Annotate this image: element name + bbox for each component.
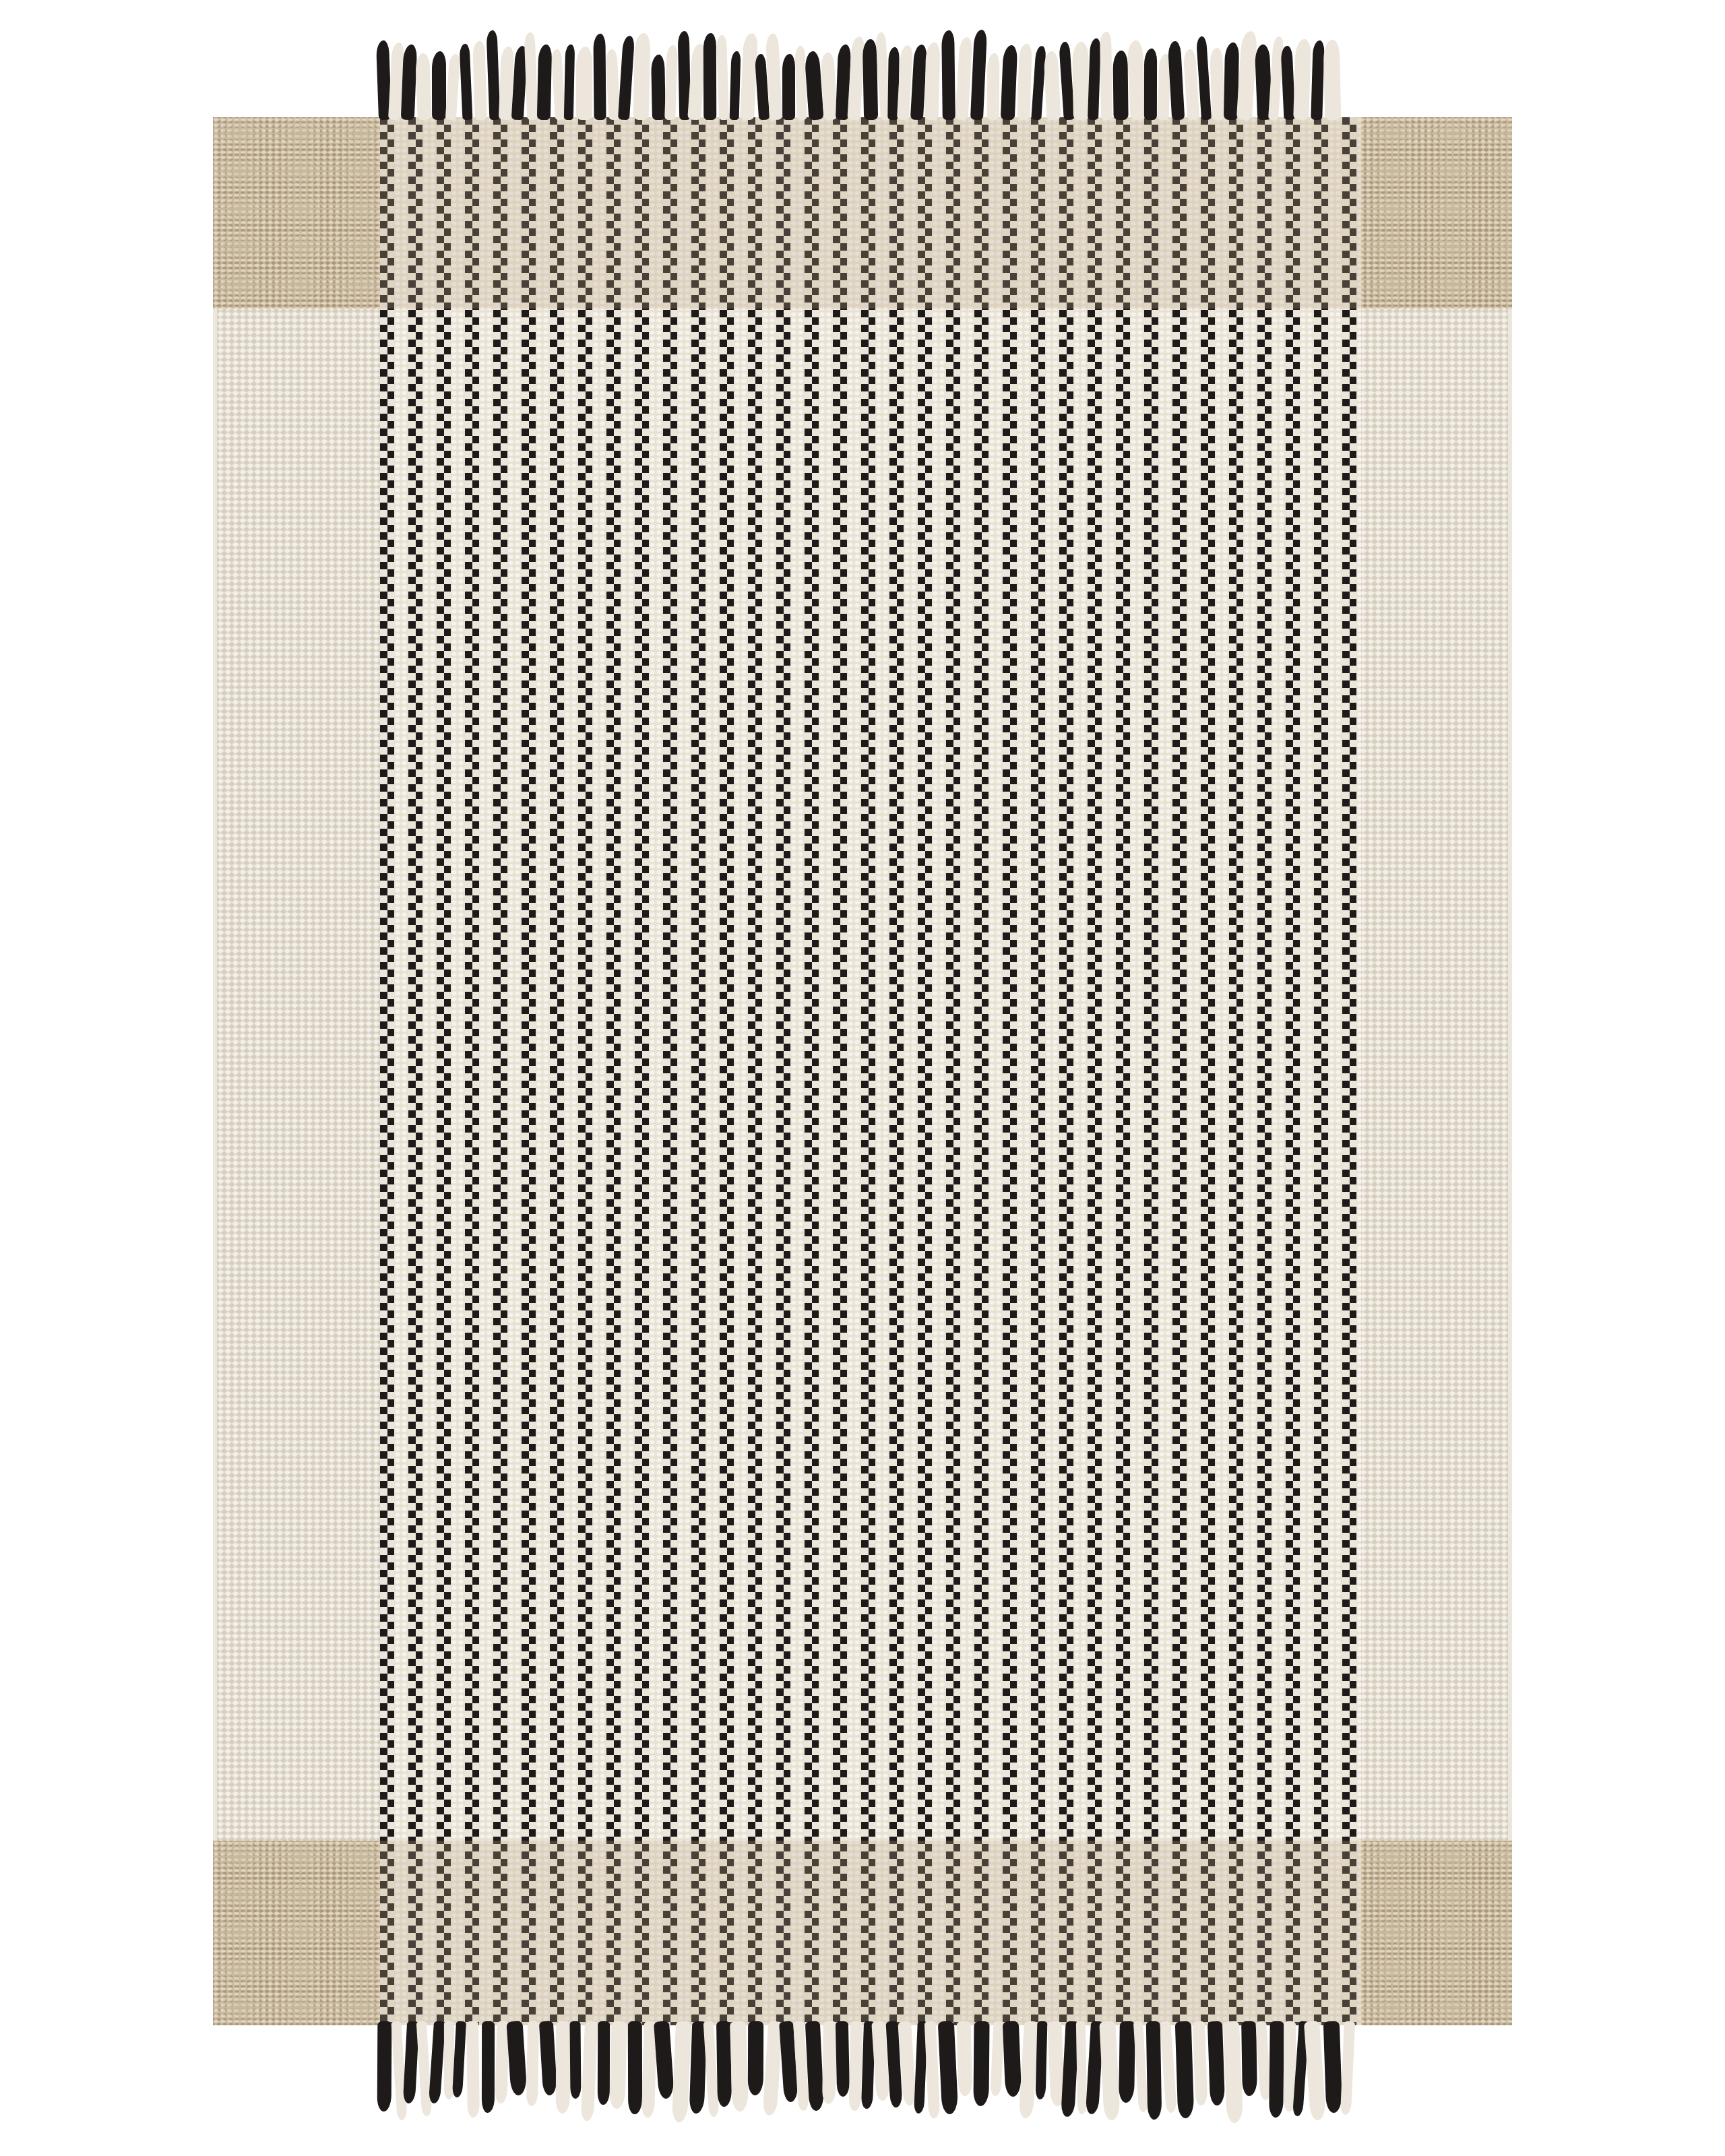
- fringe-tassel-light: [445, 54, 460, 121]
- cream-stripe: [1300, 117, 1314, 2025]
- stripe-columns: [380, 117, 1361, 2025]
- fringe-tassel-light: [955, 37, 972, 121]
- fringe-tassel-dark: [1269, 2021, 1284, 2118]
- rug-fringe-top: [377, 30, 1380, 120]
- cream-stripe: [1215, 117, 1229, 2025]
- stripe-pair: [918, 117, 946, 2025]
- stripe-pair: [1342, 117, 1361, 2025]
- checkered-stripe: [606, 117, 621, 2025]
- fringe-tassel-dark: [1175, 2021, 1195, 2119]
- fringe-tassel-light: [526, 2021, 539, 2106]
- checkered-stripe: [465, 117, 479, 2025]
- fringe-tassel-light: [581, 2021, 598, 2122]
- fringe-tassel-light: [672, 2021, 691, 2123]
- cream-stripe: [564, 117, 578, 2025]
- checkered-stripe: [691, 117, 705, 2025]
- checkered-stripe: [1031, 117, 1045, 2025]
- checkered-stripe: [408, 117, 422, 2025]
- cream-stripe: [1017, 117, 1031, 2025]
- fringe-tassel-dark: [564, 44, 575, 120]
- cream-stripe: [1328, 117, 1342, 2025]
- cream-stripe: [1243, 117, 1257, 2025]
- stripe-pair: [748, 117, 776, 2025]
- fringe-tassel-dark: [1088, 38, 1101, 120]
- fringe-tassel-dark: [569, 2021, 581, 2099]
- stripe-pair: [550, 117, 578, 2025]
- fringe-tassel-light: [1223, 2021, 1243, 2124]
- checkered-stripe: [946, 117, 960, 2025]
- fringe-tassel-light: [1127, 40, 1146, 121]
- stripe-pair: [437, 117, 465, 2025]
- fringe-tassel-dark: [970, 30, 987, 121]
- fringe-tassel-dark: [973, 2021, 989, 2106]
- fringe-tassel-light: [1193, 2021, 1208, 2106]
- fringe-tassel-dark: [1323, 2021, 1342, 2114]
- cream-stripe: [932, 117, 946, 2025]
- checkered-stripe: [380, 117, 394, 2025]
- checkered-stripe: [833, 117, 847, 2025]
- fringe-tassel-dark: [1031, 46, 1046, 121]
- fringe-tassel-light: [924, 42, 941, 120]
- fringe-tassel-light: [416, 2021, 433, 2117]
- fringe-tassel-dark: [506, 2021, 527, 2095]
- fringe-tassel-light: [609, 2021, 627, 2110]
- fringe-tassel-dark: [804, 51, 823, 120]
- fringe-tassel-light: [990, 2021, 1004, 2097]
- cream-stripe: [875, 117, 889, 2025]
- fringe-tassel-dark: [539, 2021, 557, 2095]
- fringe-tassel-light: [740, 33, 758, 121]
- cream-stripe: [592, 117, 606, 2025]
- cream-stripe: [904, 117, 918, 2025]
- fringe-tassel-light: [1304, 2021, 1326, 2120]
- checkered-stripe: [1229, 117, 1243, 2025]
- fringe-tassel-light: [1100, 32, 1112, 120]
- fringe-tassel-dark: [377, 2021, 392, 2112]
- fringe-tassel-dark: [628, 2021, 642, 2114]
- stripe-pair: [663, 117, 691, 2025]
- fringe-tassel-light: [1072, 42, 1090, 120]
- checkered-stripe: [1059, 117, 1073, 2025]
- stripe-pair: [946, 117, 974, 2025]
- fringe-tassel-dark: [537, 44, 552, 120]
- stripe-pair: [635, 117, 663, 2025]
- stripe-pair: [1144, 117, 1172, 2025]
- rug-striped-center-panel: [380, 117, 1361, 2025]
- checkered-stripe: [1314, 117, 1328, 2025]
- fringe-tassel-dark: [1207, 2021, 1225, 2106]
- fringe-tassel-dark: [1144, 49, 1157, 120]
- fringe-tassel-dark: [593, 34, 606, 120]
- cream-stripe: [762, 117, 776, 2025]
- cream-stripe: [621, 117, 635, 2025]
- fringe-tassel-light: [556, 2021, 570, 2114]
- center-top-tint: [380, 117, 1361, 309]
- fringe-tassel-light: [1340, 2021, 1355, 2116]
- rug: [213, 117, 1512, 2025]
- cream-stripe: [960, 117, 974, 2025]
- fringe-tassel-light: [730, 2021, 749, 2112]
- fringe-tassel-light: [1210, 48, 1225, 121]
- cream-stripe: [705, 117, 720, 2025]
- fringe-tassel-light: [1017, 44, 1032, 121]
- cream-stripe: [1158, 117, 1172, 2025]
- cream-stripe: [1073, 117, 1088, 2025]
- checkered-stripe: [748, 117, 762, 2025]
- checkered-stripe: [1144, 117, 1158, 2025]
- stripe-pair: [720, 117, 748, 2025]
- fringe-tassel-light: [633, 33, 650, 120]
- checkered-stripe: [550, 117, 564, 2025]
- checkered-stripe: [1172, 117, 1187, 2025]
- stripe-pair: [1031, 117, 1059, 2025]
- stripe-pair: [1003, 117, 1031, 2025]
- fringe-tassel-dark: [716, 2021, 732, 2107]
- fringe-tassel-light: [1293, 39, 1311, 121]
- stripe-pair: [805, 117, 833, 2025]
- fringe-tassel-dark: [836, 2021, 850, 2097]
- cream-stripe: [819, 117, 833, 2025]
- checkered-stripe: [578, 117, 592, 2025]
- fringe-tassel-light: [847, 36, 865, 121]
- fringe-tassel-light: [822, 2021, 837, 2104]
- checkered-stripe: [1286, 117, 1300, 2025]
- fringe-tassel-dark: [432, 51, 446, 120]
- fringe-tassel-dark: [1001, 45, 1017, 121]
- cream-stripe: [536, 117, 550, 2025]
- cream-stripe: [1356, 117, 1361, 2025]
- fringe-tassel-light: [1236, 30, 1257, 120]
- cream-stripe: [1187, 117, 1201, 2025]
- checkered-stripe: [1257, 117, 1272, 2025]
- fringe-tassel-light: [1323, 40, 1342, 121]
- checkered-stripe: [635, 117, 649, 2025]
- cream-stripe: [790, 117, 805, 2025]
- fringe-tassel-dark: [618, 36, 635, 121]
- stripe-pair: [465, 117, 493, 2025]
- fringe-tassel-dark: [482, 2021, 495, 2113]
- fringe-tassel-dark: [460, 44, 473, 121]
- fringe-tassel-dark: [748, 2021, 763, 2095]
- fringe-tassel-light: [415, 53, 432, 121]
- fringe-tassel-light: [849, 2021, 863, 2111]
- fringe-tassel-light: [551, 49, 565, 121]
- fringe-tassel-light: [1076, 2021, 1087, 2114]
- fringe-tassel-dark: [654, 2021, 675, 2099]
- checkered-stripe: [974, 117, 989, 2025]
- fringe-tassel-dark: [401, 44, 417, 121]
- fringe-tassel-dark: [1168, 41, 1185, 121]
- stripe-pair: [776, 117, 805, 2025]
- stripe-pair: [889, 117, 918, 2025]
- stripe-pair: [861, 117, 889, 2025]
- checkered-stripe: [805, 117, 819, 2025]
- stripe-pair: [974, 117, 1003, 2025]
- cream-stripe: [989, 117, 1003, 2025]
- fringe-tassel-light: [957, 2021, 973, 2097]
- cream-stripe: [394, 117, 408, 2025]
- fringe-tassel-dark: [452, 2021, 466, 2098]
- fringe-tassel-light: [794, 46, 807, 120]
- fringe-tassel-light: [820, 53, 837, 121]
- fringe-tassel-light: [1044, 51, 1061, 121]
- checkered-stripe: [720, 117, 734, 2025]
- stripe-pair: [1314, 117, 1342, 2025]
- fringe-tassel-light: [924, 2021, 941, 2119]
- cream-stripe: [507, 117, 522, 2025]
- checkered-stripe: [1116, 117, 1130, 2025]
- checkered-stripe: [1088, 117, 1102, 2025]
- cream-stripe: [1130, 117, 1144, 2025]
- fringe-tassel-dark: [429, 2021, 445, 2104]
- fringe-tassel-dark: [938, 2021, 958, 2115]
- fringe-tassel-light: [1268, 36, 1284, 121]
- checkered-stripe: [437, 117, 451, 2025]
- checkered-stripe: [493, 117, 507, 2025]
- checkered-stripe: [889, 117, 904, 2025]
- fringe-tassel-dark: [782, 54, 795, 120]
- stripe-pair: [1229, 117, 1257, 2025]
- fringe-tassel-light: [576, 46, 592, 120]
- stripe-pair: [1116, 117, 1144, 2025]
- stripe-pair: [691, 117, 720, 2025]
- cream-stripe: [649, 117, 663, 2025]
- fringe-tassel-light: [524, 32, 538, 120]
- stripe-pair: [1088, 117, 1116, 2025]
- fringe-tassel-light: [664, 45, 678, 120]
- checkered-stripe: [1201, 117, 1215, 2025]
- stripe-pair: [606, 117, 635, 2025]
- stripe-pair: [1172, 117, 1201, 2025]
- cream-stripe: [677, 117, 691, 2025]
- checkered-stripe: [522, 117, 536, 2025]
- stripe-pair: [1286, 117, 1314, 2025]
- cream-stripe: [734, 117, 748, 2025]
- fringe-tassel-dark: [1241, 2021, 1257, 2096]
- stripe-pair: [1201, 117, 1229, 2025]
- checkered-stripe: [776, 117, 790, 2025]
- fringe-tassel-light: [1160, 2021, 1177, 2114]
- stripe-pair: [833, 117, 861, 2025]
- stripe-pair: [522, 117, 550, 2025]
- cream-stripe: [1272, 117, 1286, 2025]
- stripe-pair: [380, 117, 408, 2025]
- fringe-tassel-dark: [1119, 2021, 1135, 2103]
- fringe-tassel-dark: [941, 30, 955, 120]
- stripe-pair: [493, 117, 522, 2025]
- stripe-pair: [1059, 117, 1088, 2025]
- fringe-tassel-dark: [1311, 40, 1324, 120]
- fringe-tassel-dark: [1146, 2021, 1162, 2120]
- fringe-tassel-light: [466, 2021, 480, 2118]
- rug-side-panel-left: [213, 117, 380, 2025]
- fringe-tassel-light: [716, 35, 729, 120]
- fringe-tassel-light: [472, 41, 487, 121]
- checkered-stripe: [918, 117, 932, 2025]
- fringe-tassel-dark: [1003, 2021, 1022, 2097]
- checkered-stripe: [1003, 117, 1017, 2025]
- fringe-tassel-dark: [598, 2021, 610, 2105]
- cream-stripe: [1045, 117, 1059, 2025]
- rug-side-panel-right: [1360, 117, 1512, 2025]
- stripe-pair: [408, 117, 437, 2025]
- fringe-tassel-dark: [1036, 2021, 1048, 2099]
- fringe-tassel-dark: [730, 51, 741, 120]
- checkered-stripe: [663, 117, 677, 2025]
- rug-fringe-bottom: [377, 2021, 1364, 2124]
- fringe-tassel-dark: [1112, 51, 1128, 120]
- product-photo: [0, 0, 1725, 2156]
- fringe-tassel-dark: [487, 30, 501, 120]
- stripe-pair: [1257, 117, 1286, 2025]
- fringe-tassel-dark: [862, 39, 878, 120]
- cream-stripe: [847, 117, 861, 2025]
- fringe-tassel-dark: [651, 55, 666, 120]
- center-bottom-tint: [380, 1841, 1361, 2025]
- fringe-tassel-dark: [703, 33, 716, 120]
- fringe-tassel-light: [1099, 2021, 1120, 2120]
- cream-stripe: [479, 117, 493, 2025]
- cream-stripe: [422, 117, 437, 2025]
- stripe-pair: [578, 117, 606, 2025]
- checkered-stripe: [861, 117, 875, 2025]
- cream-stripe: [451, 117, 465, 2025]
- checkered-stripe: [1342, 117, 1356, 2025]
- fringe-tassel-light: [987, 53, 1000, 120]
- cream-stripe: [1102, 117, 1116, 2025]
